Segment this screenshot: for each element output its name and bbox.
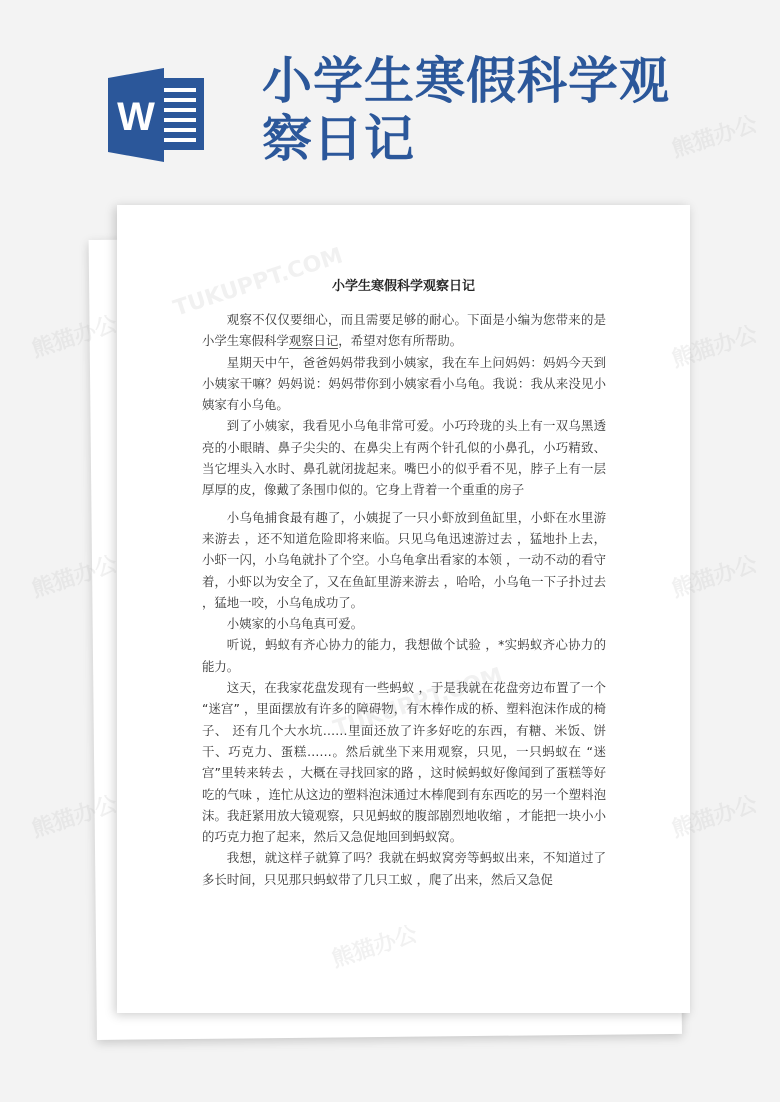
- paragraph: 我想，就这样子就算了吗？我就在蚂蚁窝旁等蚂蚁出来，不知道过了多长时间，只见那只蚂…: [202, 847, 606, 890]
- paragraph: 星期天中午，爸爸妈妈带我到小姨家，我在车上问妈妈：妈妈今天到小姨家干嘛？妈妈说：…: [202, 352, 606, 416]
- paragraph: 这天，在我家花盘发现有一些蚂蚁 ，于是我就在花盘旁边布置了一个 “迷宫” ，里面…: [202, 677, 606, 847]
- diary-link[interactable]: 观察日记: [289, 333, 339, 349]
- paragraph: 小姨家的小乌龟真可爱。: [202, 613, 606, 634]
- document-page: 小学生寒假科学观察日记 观察不仅仅要细心，而且需要足够的耐心。下面是小编为您带来…: [117, 205, 690, 1013]
- paragraph-intro: 观察不仅仅要细心，而且需要足够的耐心。下面是小编为您带来的是小学生寒假科学观察日…: [202, 309, 606, 352]
- paragraph: 小乌龟捕食最有趣了，小姨捉了一只小虾放到鱼缸里，小虾在水里游来游去 ，还不知道危…: [202, 507, 606, 613]
- paragraph: 到了小姨家，我看见小乌龟非常可爱。小巧玲珑的头上有一双乌黑透亮的小眼睛、鼻子尖尖…: [202, 415, 606, 500]
- intro-text-end: ，希望对您有所帮助。: [338, 333, 462, 348]
- document-title: 小学生寒假科学观察日记: [117, 275, 690, 294]
- hero-title: 小学生寒假科学观察日记: [262, 52, 692, 168]
- word-document-icon: W: [108, 68, 208, 162]
- paragraph: 听说，蚂蚁有齐心协力的能力，我想做个试验 ，*实蚂蚁齐心协力的能力。: [202, 634, 606, 677]
- document-body: 观察不仅仅要细心，而且需要足够的耐心。下面是小编为您带来的是小学生寒假科学观察日…: [202, 309, 606, 890]
- svg-text:W: W: [117, 95, 155, 139]
